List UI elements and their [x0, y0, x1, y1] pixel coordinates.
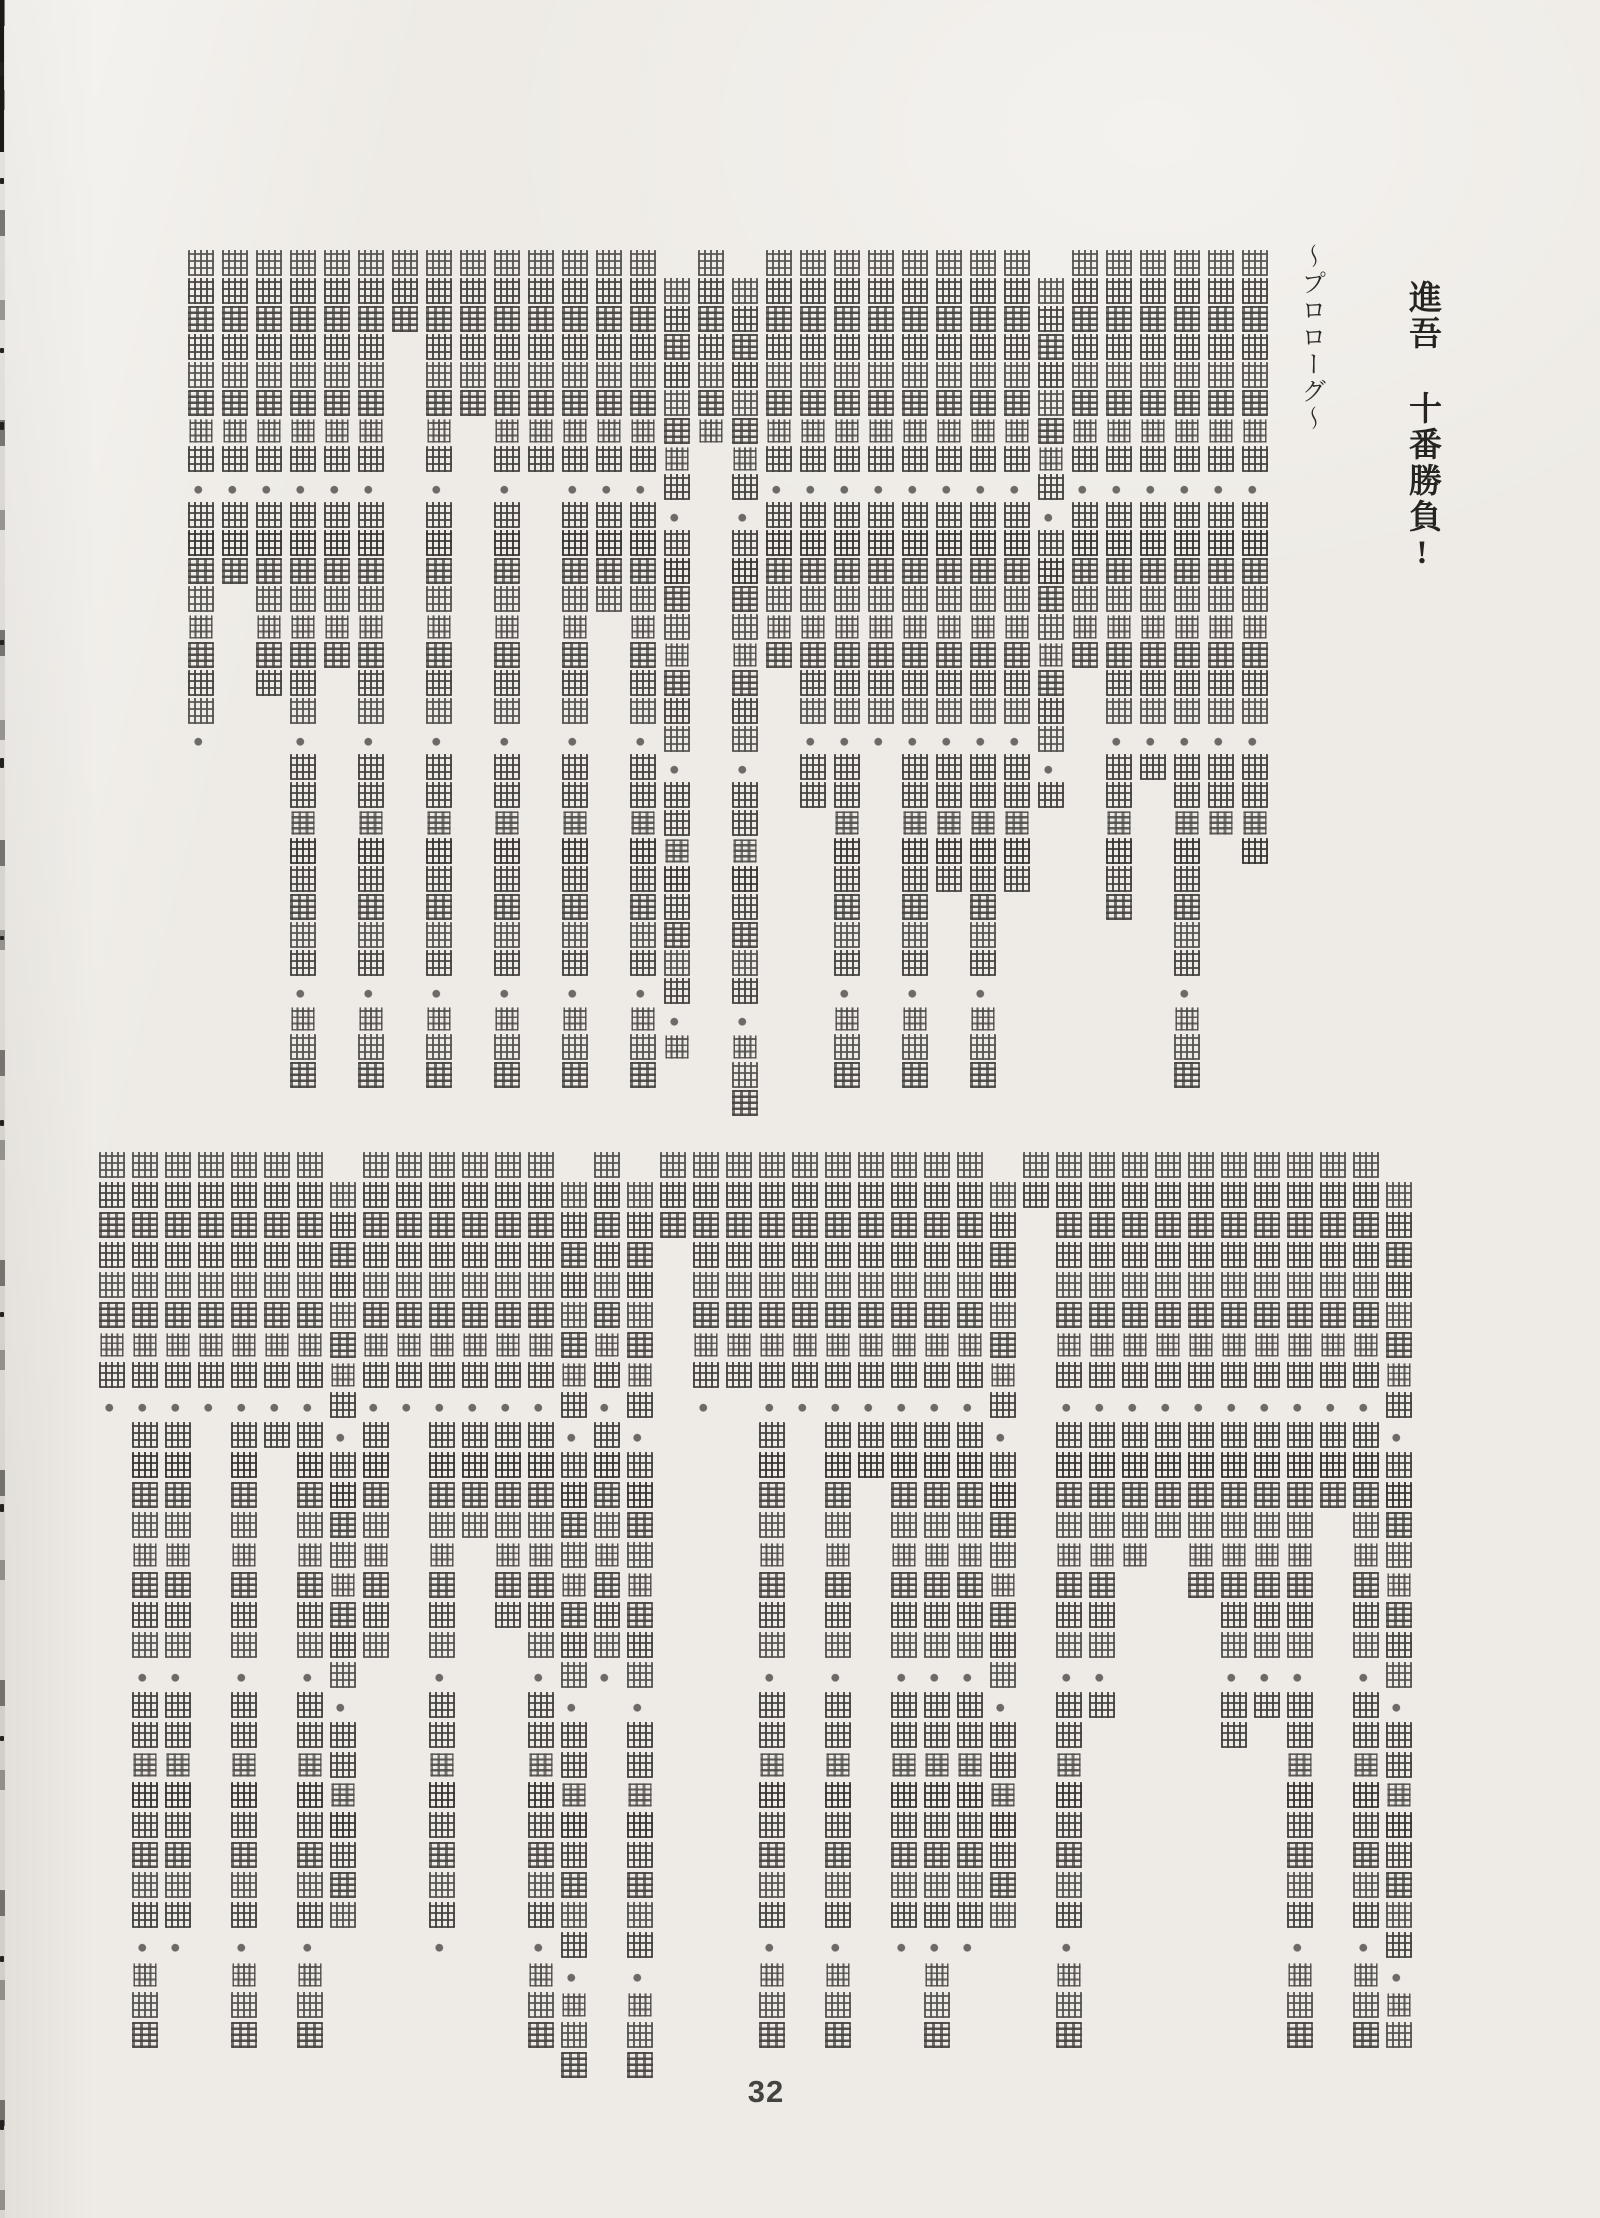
redacted-character — [460, 334, 486, 360]
redacted-character — [1221, 1692, 1247, 1718]
redacted-character — [660, 1152, 686, 1178]
redacted-character — [858, 1302, 884, 1328]
redacted-character — [290, 390, 316, 416]
redacted-character — [231, 1242, 257, 1268]
redacted-character — [970, 530, 996, 556]
redacted-character — [364, 1333, 387, 1356]
redacted-character — [330, 1242, 356, 1268]
redacted-character — [232, 1333, 255, 1356]
redacted-character — [902, 278, 928, 304]
redacted-character — [1353, 1212, 1379, 1238]
redacted-character — [358, 278, 384, 304]
redacted-character — [362, 478, 380, 496]
redacted-character — [937, 811, 960, 834]
redacted-character — [924, 1512, 950, 1538]
redacted-character — [1174, 782, 1200, 808]
redacted-character — [528, 1422, 554, 1448]
redacted-character — [1242, 390, 1268, 416]
redacted-character — [1122, 1242, 1148, 1268]
redacted-character — [1188, 1512, 1214, 1538]
redacted-character — [1246, 730, 1264, 748]
redacted-character — [598, 1666, 616, 1684]
redacted-character — [891, 1272, 917, 1298]
redacted-character — [1106, 894, 1132, 920]
redacted-character — [297, 1482, 323, 1508]
redacted-character — [495, 1572, 521, 1598]
redacted-character — [1004, 502, 1030, 528]
redacted-character — [562, 838, 588, 864]
redacted-character — [1221, 1572, 1247, 1598]
redacted-character — [630, 390, 656, 416]
redacted-character — [528, 2022, 554, 2048]
redacted-character — [528, 1212, 554, 1238]
redacted-character — [494, 642, 520, 668]
redacted-character — [324, 306, 350, 332]
redacted-character — [598, 1396, 616, 1414]
redacted-character — [835, 419, 858, 442]
redacted-character — [359, 615, 382, 638]
redacted-character — [290, 642, 316, 668]
redacted-character — [1390, 1426, 1408, 1444]
redacted-character — [1221, 1272, 1247, 1298]
redacted-character — [231, 1572, 257, 1598]
redacted-character — [834, 250, 860, 276]
redacted-character — [264, 1152, 290, 1178]
redacted-character — [1174, 390, 1200, 416]
redacted-character — [188, 362, 214, 388]
redacted-character — [924, 1992, 950, 2018]
redacted-character — [1106, 362, 1132, 388]
redacted-character — [834, 1062, 860, 1088]
redacted-character — [834, 558, 860, 584]
redacted-character — [426, 502, 452, 528]
redacted-character — [495, 1272, 521, 1298]
redacted-character — [165, 1902, 191, 1928]
redacted-character — [165, 1452, 191, 1478]
redacted-character — [562, 446, 588, 472]
redacted-character — [429, 1212, 455, 1238]
redacted-character — [1386, 1392, 1412, 1418]
redacted-character — [759, 1182, 785, 1208]
redacted-character — [924, 1362, 950, 1388]
redacted-character — [1110, 478, 1128, 496]
redacted-character — [1320, 1272, 1346, 1298]
redacted-character — [495, 1512, 521, 1538]
redacted-character — [1242, 250, 1268, 276]
redacted-character — [297, 1692, 323, 1718]
redacted-character — [970, 894, 996, 920]
redacted-character — [427, 811, 450, 834]
redacted-character — [974, 982, 992, 1000]
redacted-character — [198, 1272, 224, 1298]
redacted-character — [1246, 478, 1264, 496]
redacted-character — [1188, 1302, 1214, 1328]
redacted-character — [1291, 1936, 1309, 1954]
redacted-character — [363, 1272, 389, 1298]
redacted-character — [936, 250, 962, 276]
redacted-character — [1242, 586, 1268, 612]
redacted-text-column — [759, 1152, 785, 2052]
redacted-character — [1122, 1152, 1148, 1178]
redacted-text-column — [792, 1152, 818, 1422]
redacted-character — [359, 811, 382, 834]
redacted-character — [727, 1333, 750, 1356]
redacted-character — [231, 1992, 257, 2018]
redacted-character — [188, 698, 214, 724]
redacted-character — [1057, 1963, 1080, 1986]
redacted-character — [165, 1812, 191, 1838]
redacted-character — [1288, 1333, 1311, 1356]
redacted-character — [766, 558, 792, 584]
redacted-character — [426, 530, 452, 556]
redacted-character — [628, 1783, 651, 1806]
redacted-character — [426, 866, 452, 892]
redacted-character — [732, 614, 758, 640]
redacted-character — [835, 615, 858, 638]
redacted-character — [1287, 1362, 1313, 1388]
redacted-character — [297, 1152, 323, 1178]
redacted-character — [957, 1782, 983, 1808]
redacted-character — [1004, 306, 1030, 332]
redacted-character — [1004, 558, 1030, 584]
redacted-character — [1222, 1333, 1245, 1356]
redacted-text-column — [495, 1152, 521, 1632]
redacted-character — [596, 390, 622, 416]
redacted-character — [902, 390, 928, 416]
redacted-character — [763, 1396, 781, 1414]
redacted-character — [957, 1602, 983, 1628]
redacted-character — [630, 782, 656, 808]
redacted-character — [562, 782, 588, 808]
redacted-character — [1287, 1272, 1313, 1298]
redacted-character — [1287, 1872, 1313, 1898]
redacted-character — [426, 642, 452, 668]
redacted-character — [1254, 1512, 1280, 1538]
redacted-character — [825, 1512, 851, 1538]
redacted-character — [726, 1212, 752, 1238]
redacted-character — [760, 1963, 783, 1986]
redacted-character — [188, 446, 214, 472]
redacted-character — [231, 1302, 257, 1328]
redacted-character — [990, 1452, 1016, 1478]
redacted-character — [1089, 1512, 1115, 1538]
redacted-character — [1174, 530, 1200, 556]
redacted-character — [396, 1152, 422, 1178]
redacted-character — [924, 1182, 950, 1208]
redacted-character — [1353, 1632, 1379, 1658]
redacted-character — [330, 1302, 356, 1328]
redacted-text-column — [1174, 250, 1200, 1090]
redacted-character — [891, 1572, 917, 1598]
redacted-character — [1208, 278, 1234, 304]
redacted-character — [1122, 1212, 1148, 1238]
redacted-character — [1221, 1512, 1247, 1538]
redacted-character — [924, 1242, 950, 1268]
redacted-character — [594, 1422, 620, 1448]
redacted-character — [334, 1696, 352, 1714]
redacted-character — [759, 1482, 785, 1508]
redacted-character — [165, 1602, 191, 1628]
redacted-character — [1386, 1662, 1412, 1688]
redacted-character — [732, 726, 758, 752]
redacted-character — [1174, 1034, 1200, 1060]
redacted-character — [1243, 419, 1266, 442]
redacted-character — [132, 1272, 158, 1298]
redacted-character — [1089, 1452, 1115, 1478]
redacted-character — [1221, 1182, 1247, 1208]
redacted-character — [1221, 1242, 1247, 1268]
redacted-character — [1060, 1666, 1078, 1684]
redacted-character — [363, 1602, 389, 1628]
redacted-character — [1254, 1362, 1280, 1388]
redacted-character — [298, 1333, 321, 1356]
redacted-character — [1188, 1422, 1214, 1448]
redacted-character — [232, 1543, 255, 1566]
redacted-text-column — [970, 250, 996, 1090]
redacted-character — [298, 1963, 321, 1986]
redacted-character — [528, 250, 554, 276]
redacted-character — [902, 1062, 928, 1088]
redacted-character — [698, 334, 724, 360]
redacted-character — [1072, 642, 1098, 668]
redacted-character — [495, 1182, 521, 1208]
redacted-character — [562, 866, 588, 892]
redacted-character — [1057, 1543, 1080, 1566]
redacted-character — [664, 306, 690, 332]
redacted-character — [494, 278, 520, 304]
redacted-character — [891, 1362, 917, 1388]
redacted-character — [970, 1034, 996, 1060]
redacted-character — [698, 278, 724, 304]
redacted-character — [732, 1062, 758, 1088]
redacted-character — [297, 1812, 323, 1838]
redacted-character — [1175, 1007, 1198, 1030]
redacted-character — [800, 502, 826, 528]
redacted-character — [528, 446, 554, 472]
redacted-character — [1073, 419, 1096, 442]
redacted-character — [1140, 250, 1166, 276]
redacted-character — [265, 1333, 288, 1356]
redacted-character — [759, 1812, 785, 1838]
redacted-character — [668, 758, 686, 776]
redacted-character — [957, 1692, 983, 1718]
redacted-character — [925, 1963, 948, 1986]
redacted-character — [290, 530, 316, 556]
redacted-character — [759, 1872, 785, 1898]
redacted-character — [231, 1812, 257, 1838]
redacted-character — [563, 615, 586, 638]
redacted-character — [631, 1426, 649, 1444]
redacted-character — [891, 1692, 917, 1718]
redacted-character — [825, 1812, 851, 1838]
scan-edge-artifact — [0, 0, 5, 2218]
redacted-character — [433, 1666, 451, 1684]
redacted-character — [1386, 1302, 1412, 1328]
redacted-character — [957, 1452, 983, 1478]
redacted-character — [264, 1272, 290, 1298]
redacted-character — [990, 1722, 1016, 1748]
redacted-character — [732, 866, 758, 892]
redacted-character — [1288, 1753, 1311, 1776]
redacted-character — [970, 502, 996, 528]
redacted-character — [594, 1512, 620, 1538]
redacted-character — [759, 1632, 785, 1658]
redacted-character — [594, 1602, 620, 1628]
redacted-character — [1254, 1272, 1280, 1298]
redacted-character — [426, 250, 452, 276]
redacted-character — [664, 474, 690, 500]
redacted-character — [792, 1272, 818, 1298]
redacted-character — [165, 1512, 191, 1538]
redacted-character — [994, 1426, 1012, 1444]
redacted-character — [256, 642, 282, 668]
redacted-character — [364, 1543, 387, 1566]
redacted-character — [1056, 1302, 1082, 1328]
redacted-character — [1004, 278, 1030, 304]
redacted-character — [732, 418, 758, 444]
redacted-character — [1188, 1182, 1214, 1208]
redacted-character — [1287, 1632, 1313, 1658]
redacted-character — [231, 1602, 257, 1628]
redacted-character — [1106, 278, 1132, 304]
redacted-character — [902, 446, 928, 472]
redacted-character — [1188, 1152, 1214, 1178]
redacted-character — [495, 1362, 521, 1388]
redacted-character — [766, 334, 792, 360]
redacted-character — [466, 1396, 484, 1414]
redacted-text-column — [726, 1152, 752, 1392]
redacted-character — [290, 866, 316, 892]
redacted-character — [226, 478, 244, 496]
redacted-character — [829, 1396, 847, 1414]
redacted-character — [970, 950, 996, 976]
redacted-character — [429, 1242, 455, 1268]
redacted-character — [924, 1572, 950, 1598]
redacted-character — [565, 1966, 583, 1984]
redacted-character — [766, 502, 792, 528]
redacted-character — [825, 1482, 851, 1508]
redacted-character — [1156, 1333, 1179, 1356]
redacted-character — [291, 1007, 314, 1030]
redacted-character — [290, 1062, 316, 1088]
redacted-text-column — [1208, 250, 1234, 838]
redacted-character — [1038, 558, 1064, 584]
redacted-character — [426, 306, 452, 332]
redacted-character — [1005, 419, 1028, 442]
redacted-character — [698, 250, 724, 276]
redacted-character — [767, 615, 790, 638]
redacted-character — [132, 1512, 158, 1538]
redacted-character — [290, 586, 316, 612]
redacted-character — [1155, 1512, 1181, 1538]
redacted-text-column — [256, 250, 282, 698]
redacted-character — [1254, 1452, 1280, 1478]
redacted-character — [1144, 478, 1162, 496]
redacted-character — [634, 982, 652, 1000]
redacted-character — [1254, 1302, 1280, 1328]
redacted-character — [297, 1842, 323, 1868]
redacted-character — [358, 586, 384, 612]
redacted-character — [732, 586, 758, 612]
redacted-character — [1056, 1152, 1082, 1178]
redacted-character — [1287, 1152, 1313, 1178]
redacted-character — [1254, 1482, 1280, 1508]
redacted-character — [1287, 1212, 1313, 1238]
redacted-character — [733, 447, 756, 470]
redacted-character — [1004, 390, 1030, 416]
redacted-character — [694, 1333, 717, 1356]
redacted-character — [1287, 1572, 1313, 1598]
redacted-character — [627, 2022, 653, 2048]
redacted-character — [1390, 1966, 1408, 1984]
redacted-character — [869, 419, 892, 442]
redacted-character — [363, 1452, 389, 1478]
redacted-character — [1254, 1632, 1280, 1658]
redacted-character — [902, 698, 928, 724]
redacted-character — [222, 306, 248, 332]
redacted-character — [936, 362, 962, 388]
redacted-character — [494, 670, 520, 696]
redacted-character — [902, 502, 928, 528]
redacted-character — [429, 1722, 455, 1748]
redacted-character — [732, 530, 758, 556]
redacted-text-column — [494, 250, 520, 1090]
redacted-character — [433, 1396, 451, 1414]
redacted-character — [958, 1753, 981, 1776]
redacted-character — [902, 894, 928, 920]
redacted-character — [1060, 1396, 1078, 1414]
redacted-character — [1056, 1182, 1082, 1208]
redacted-character — [494, 306, 520, 332]
redacted-character — [1221, 1482, 1247, 1508]
redacted-character — [759, 1272, 785, 1298]
redacted-character — [1122, 1182, 1148, 1208]
redacted-character — [792, 1182, 818, 1208]
redacted-text-column — [957, 1152, 983, 1962]
redacted-character — [1357, 1936, 1375, 1954]
redacted-character — [600, 478, 618, 496]
redacted-character — [165, 1272, 191, 1298]
redacted-character — [297, 1452, 323, 1478]
redacted-character — [1038, 726, 1064, 752]
redacted-character — [257, 615, 280, 638]
redacted-text-column — [1038, 278, 1064, 810]
redacted-character — [1072, 250, 1098, 276]
redacted-character — [132, 1602, 158, 1628]
redacted-character — [363, 1512, 389, 1538]
redacted-character — [562, 894, 588, 920]
redacted-character — [631, 615, 654, 638]
redacted-character — [297, 1272, 323, 1298]
redacted-character — [430, 1753, 453, 1776]
redacted-character — [426, 586, 452, 612]
redacted-character — [627, 1542, 653, 1568]
redacted-character — [297, 1872, 323, 1898]
redacted-character — [733, 839, 756, 862]
redacted-character — [1387, 1573, 1410, 1596]
redacted-character — [868, 362, 894, 388]
redacted-character — [1038, 390, 1064, 416]
redacted-character — [627, 1302, 653, 1328]
redacted-text-column — [528, 1152, 554, 2052]
redacted-character — [957, 1482, 983, 1508]
redacted-character — [1242, 838, 1268, 864]
redacted-character — [872, 478, 890, 496]
redacted-character — [99, 1212, 125, 1238]
redacted-character — [198, 1212, 224, 1238]
redacted-character — [290, 838, 316, 864]
redacted-character — [838, 982, 856, 1000]
